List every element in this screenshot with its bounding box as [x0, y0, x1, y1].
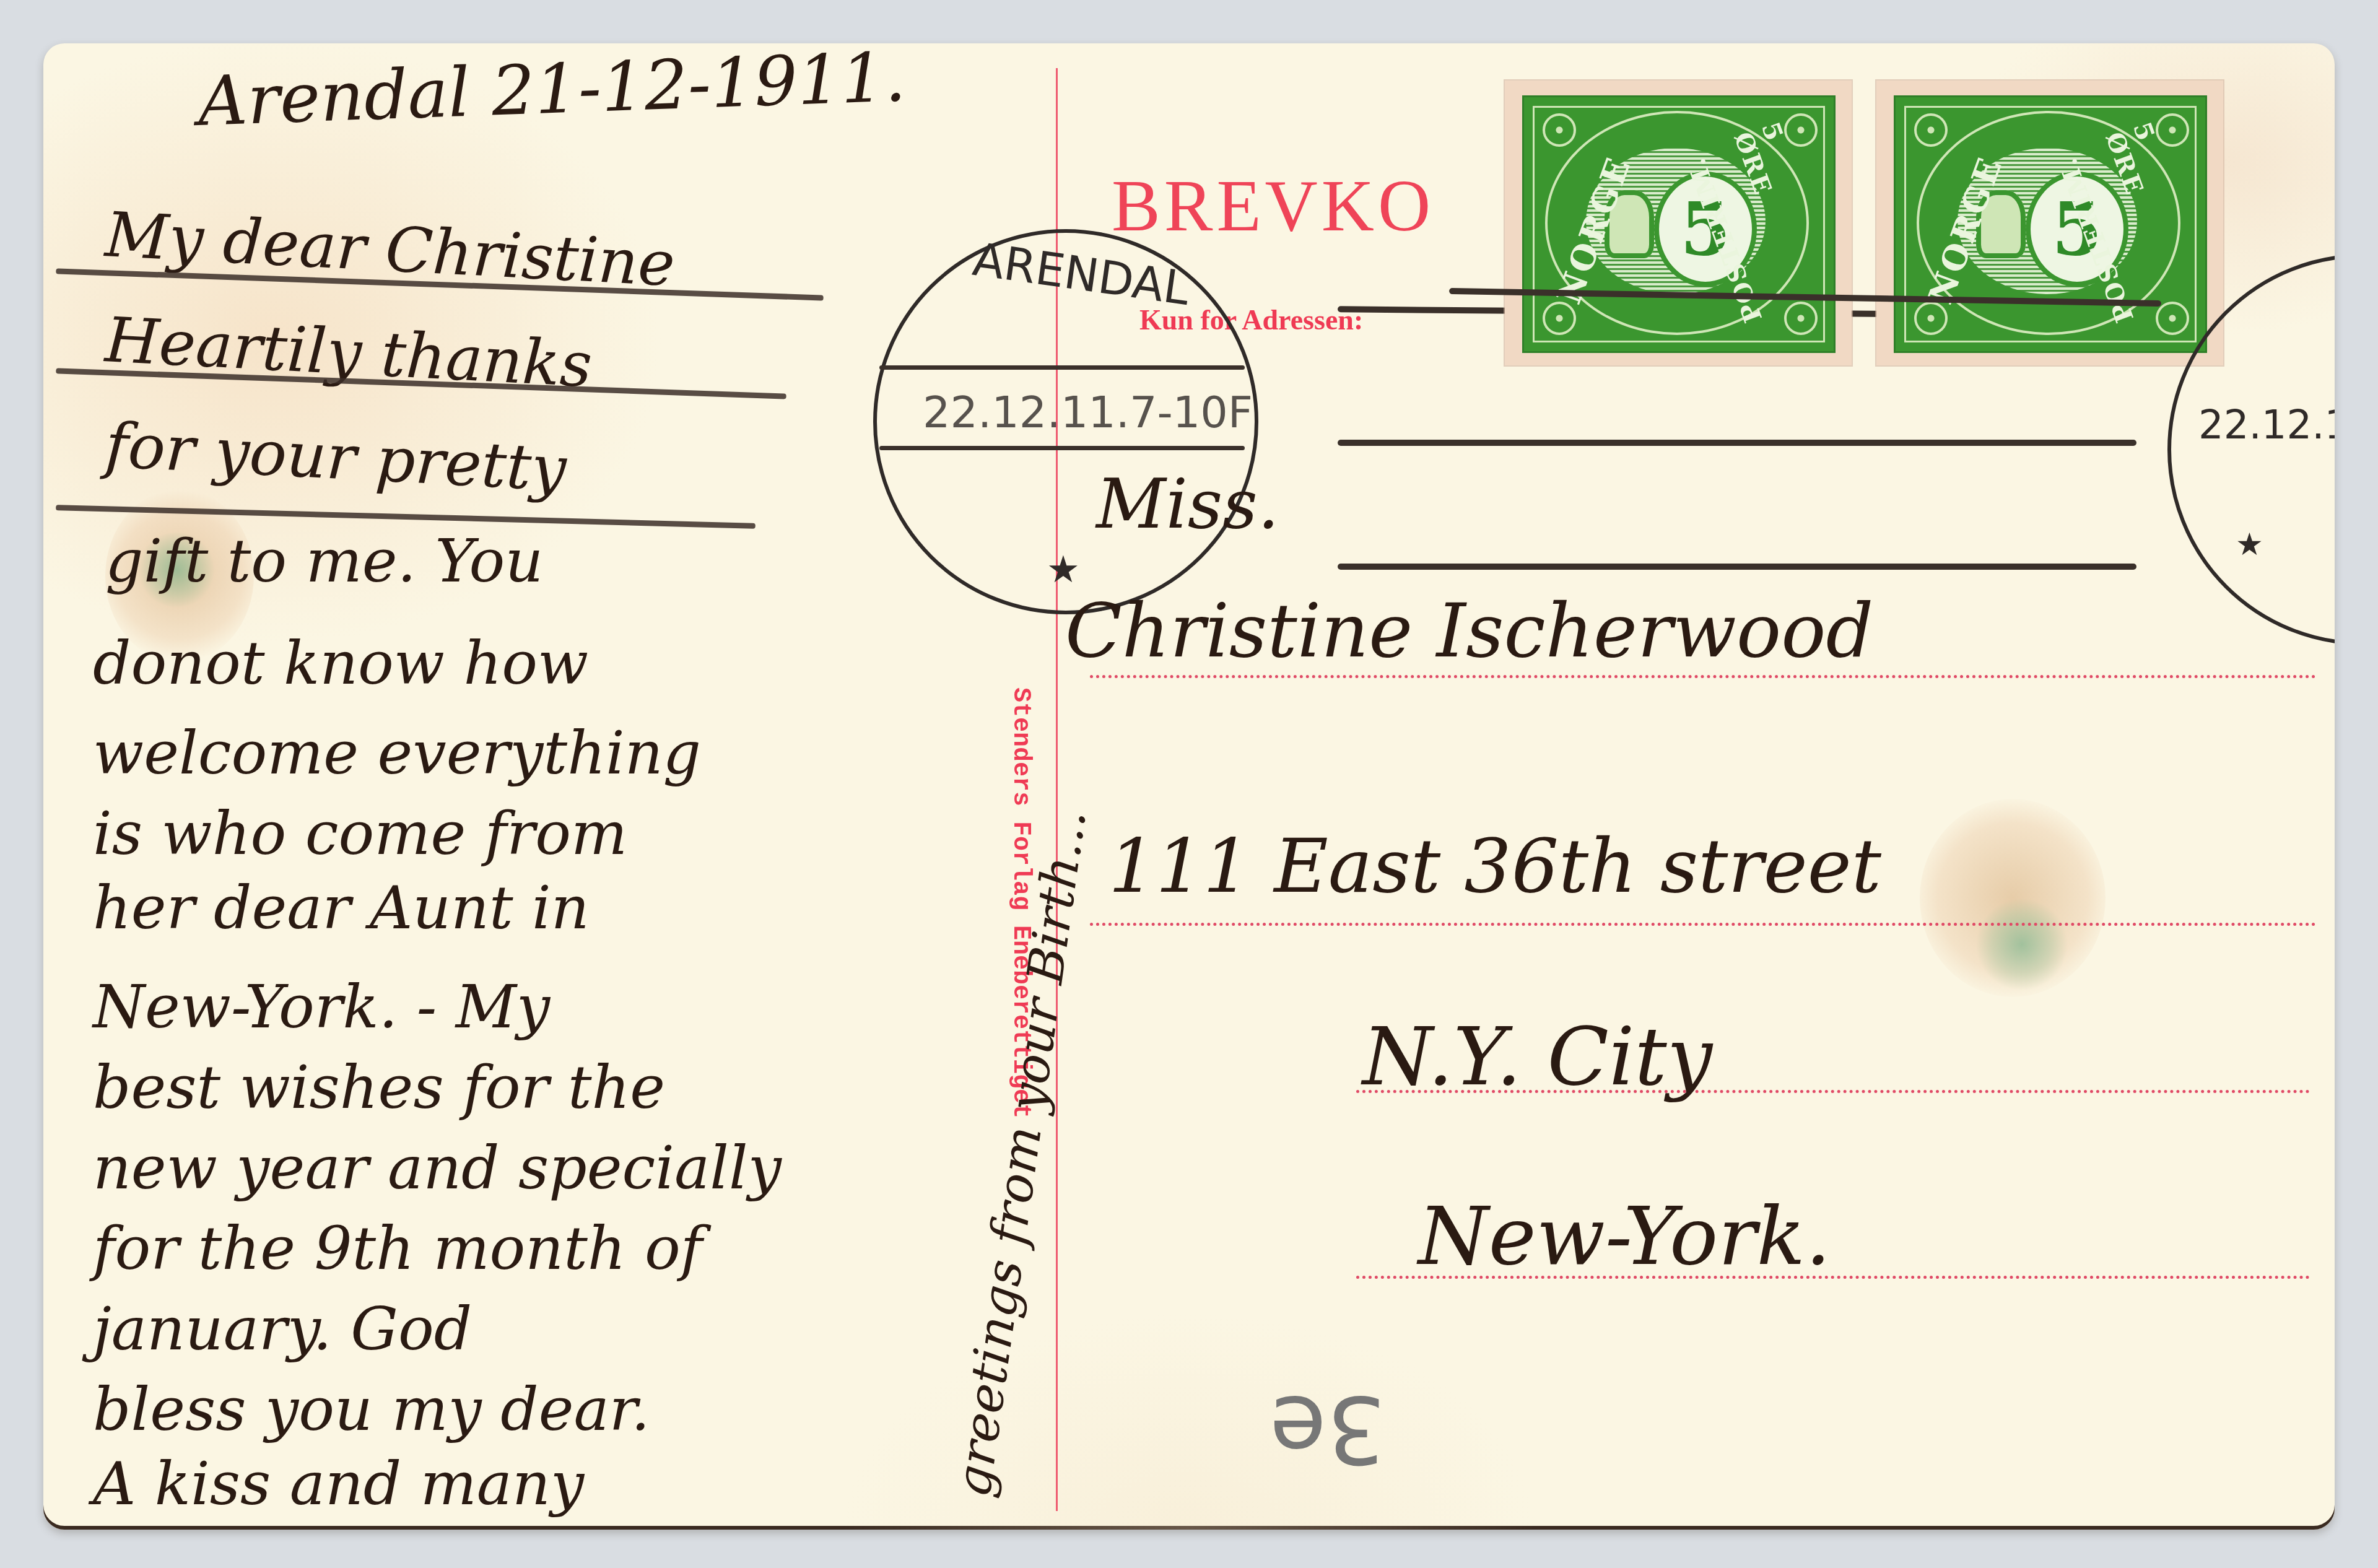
postmark-bar: [879, 446, 1245, 450]
message-line: bless you my dear.: [93, 1375, 650, 1444]
postcard-back: Stenders Forlag Eneberettiget BREVKO Kun…: [43, 43, 2335, 1530]
pencil-mark: 3e: [1270, 1375, 1386, 1483]
message-line: A kiss and many: [93, 1449, 584, 1518]
address-state: New-York.: [1418, 1189, 1831, 1283]
postmark-bar: [879, 365, 1245, 370]
star-icon: ★: [1047, 548, 1080, 591]
postage-stamp: 5 NORGE 5 ØRE POSTFRIM.: [1505, 81, 1852, 365]
message-line: is who come from: [93, 799, 627, 868]
message-line: new year and specially: [93, 1133, 782, 1203]
address-line: [1090, 675, 2316, 678]
address-salutation: Miss.: [1096, 464, 1279, 544]
message-line: her dear Aunt in: [93, 873, 590, 943]
cancel-bar: [1338, 564, 2136, 570]
message-line: best wishes for the: [93, 1053, 665, 1122]
address-name: Christine Ischerwood: [1065, 588, 1873, 674]
message-line: welcome everything: [93, 718, 701, 788]
address-street: 111 East 36th street: [1108, 824, 1881, 910]
message-line: january. God: [93, 1294, 472, 1364]
message-line: for the 9th month of: [93, 1214, 702, 1283]
printed-heading: BREVKO: [1112, 164, 1434, 248]
message-dateline: Arendal 21-12-1911.: [197, 43, 907, 141]
message-line: gift to me. You: [105, 526, 543, 596]
postage-stamp: 5 NORGE 5 ØRE POSTFRIM.: [1876, 81, 2223, 365]
message-line: donot know how: [93, 629, 588, 698]
address-line: [1090, 923, 2316, 926]
message-line: New-York. - My: [93, 972, 550, 1042]
cancel-bar: [1338, 440, 2136, 446]
postmark-date: 22.12.1: [2198, 403, 2335, 448]
address-city: N.Y. City: [1362, 1009, 1712, 1104]
star-icon: ★: [2236, 526, 2263, 562]
stain: [1975, 898, 2068, 991]
postmark-date: 22.12.11.7-10F: [923, 387, 1253, 438]
